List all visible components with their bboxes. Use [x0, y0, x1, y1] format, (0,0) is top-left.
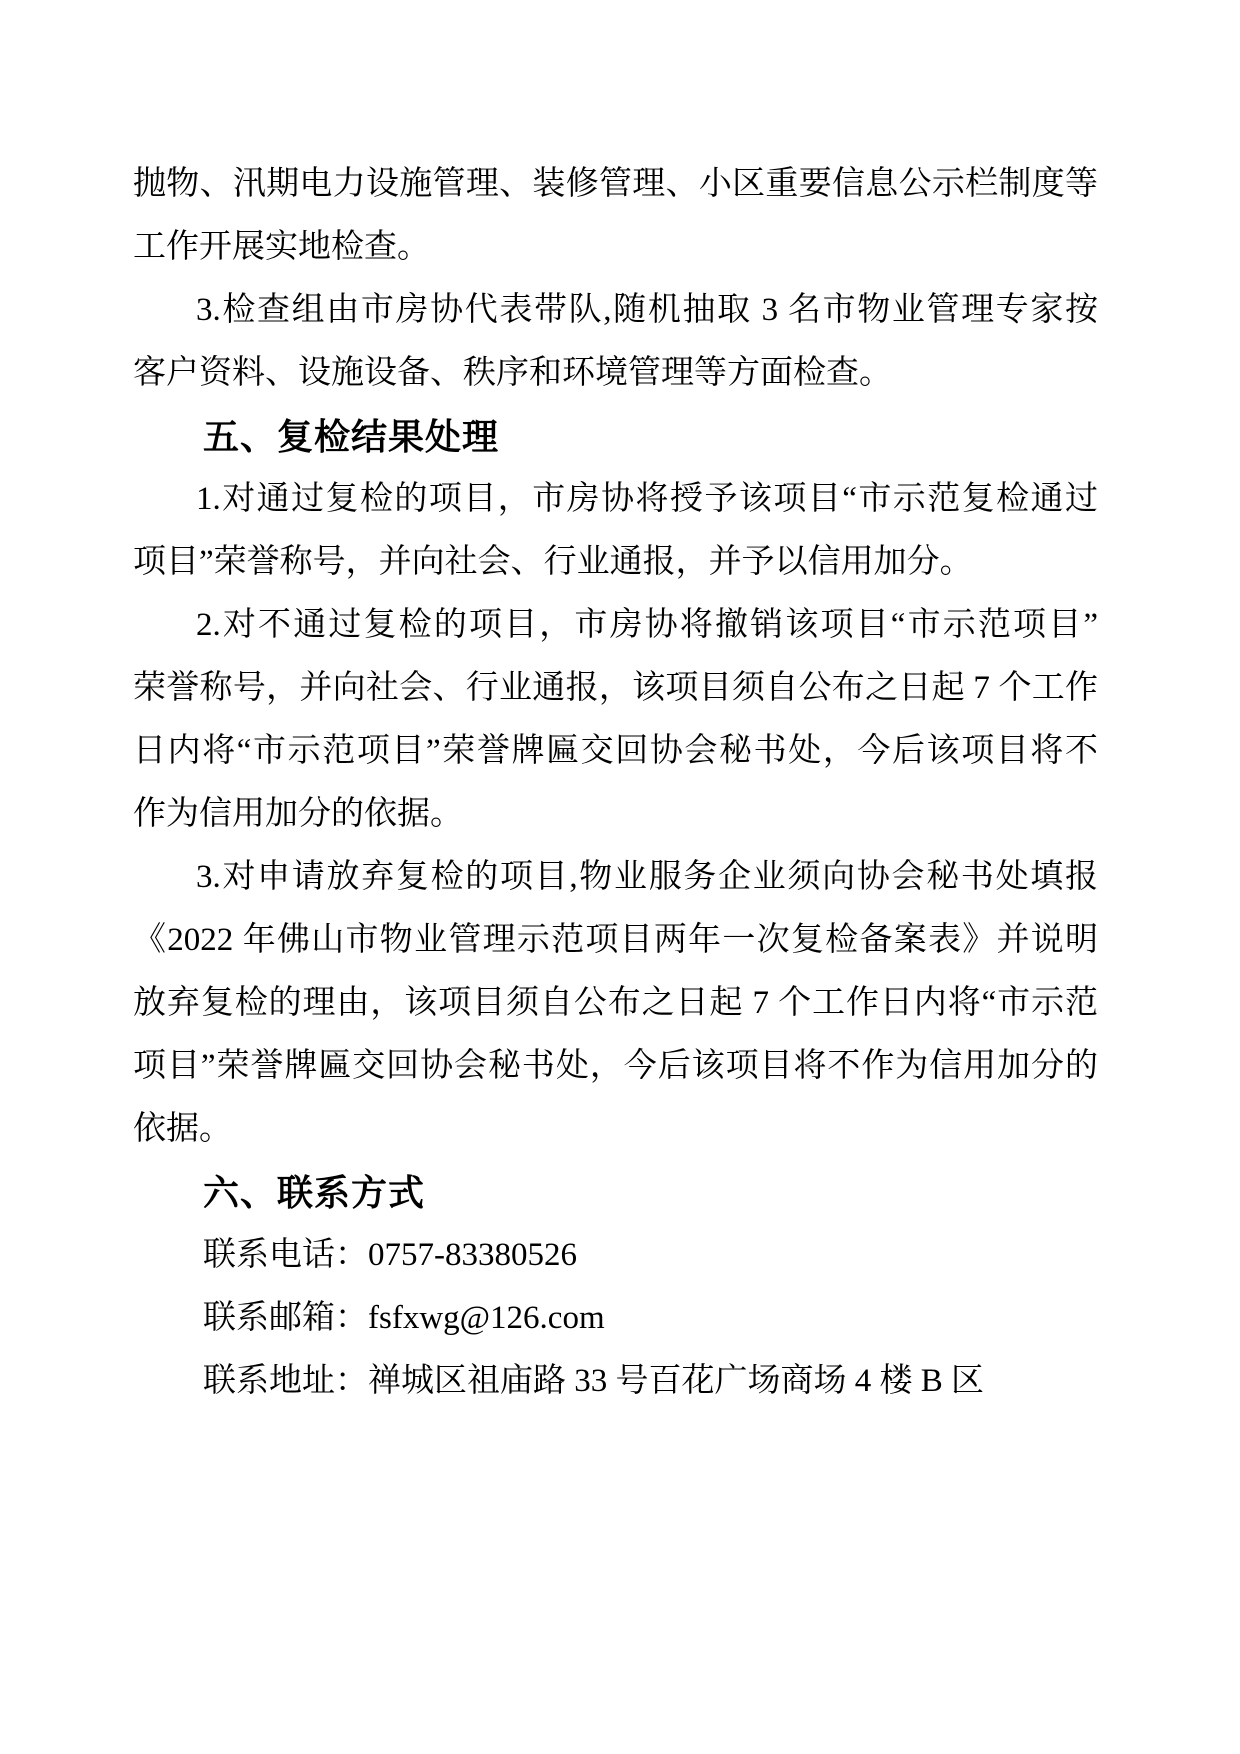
body-line: 3.对申请放弃复检的项目,物业服务企业须向协会秘书处填报 — [133, 846, 1098, 909]
contact-phone-line: 联系电话：0757-83380526 — [133, 1224, 1098, 1287]
body-line: 抛物、汛期电力设施管理、装修管理、小区重要信息公示栏制度等 — [133, 153, 1098, 216]
body-line: 3.检查组由市房协代表带队,随机抽取 3 名市物业管理专家按 — [133, 279, 1098, 342]
document-page: 抛物、汛期电力设施管理、装修管理、小区重要信息公示栏制度等 工作开展实地检查。 … — [0, 0, 1240, 1754]
contact-email-line: 联系邮箱：fsfxwg@126.com — [133, 1287, 1098, 1350]
body-line: 依据。 — [133, 1098, 1098, 1161]
body-line: 工作开展实地检查。 — [133, 216, 1098, 279]
body-line: 荣誉称号，并向社会、行业通报，该项目须自公布之日起 7 个工作 — [133, 657, 1098, 720]
body-line: 《2022 年佛山市物业管理示范项目两年一次复检备案表》并说明 — [133, 909, 1098, 972]
section-heading-contact: 六、联系方式 — [133, 1161, 1098, 1224]
body-line: 项目”荣誉称号，并向社会、行业通报，并予以信用加分。 — [133, 531, 1098, 594]
contact-address-line: 联系地址：禅城区祖庙路 33 号百花广场商场 4 楼 B 区 — [133, 1350, 1098, 1413]
body-line: 客户资料、设施设备、秩序和环境管理等方面检查。 — [133, 342, 1098, 405]
body-line: 日内将“市示范项目”荣誉牌匾交回协会秘书处，今后该项目将不 — [133, 720, 1098, 783]
body-line: 放弃复检的理由，该项目须自公布之日起 7 个工作日内将“市示范 — [133, 972, 1098, 1035]
body-line: 1.对通过复检的项目，市房协将授予该项目“市示范复检通过 — [133, 468, 1098, 531]
body-line: 项目”荣誉牌匾交回协会秘书处，今后该项目将不作为信用加分的 — [133, 1035, 1098, 1098]
body-line: 作为信用加分的依据。 — [133, 783, 1098, 846]
section-heading-recheck-results: 五、复检结果处理 — [133, 405, 1098, 468]
body-line: 2.对不通过复检的项目，市房协将撤销该项目“市示范项目” — [133, 594, 1098, 657]
